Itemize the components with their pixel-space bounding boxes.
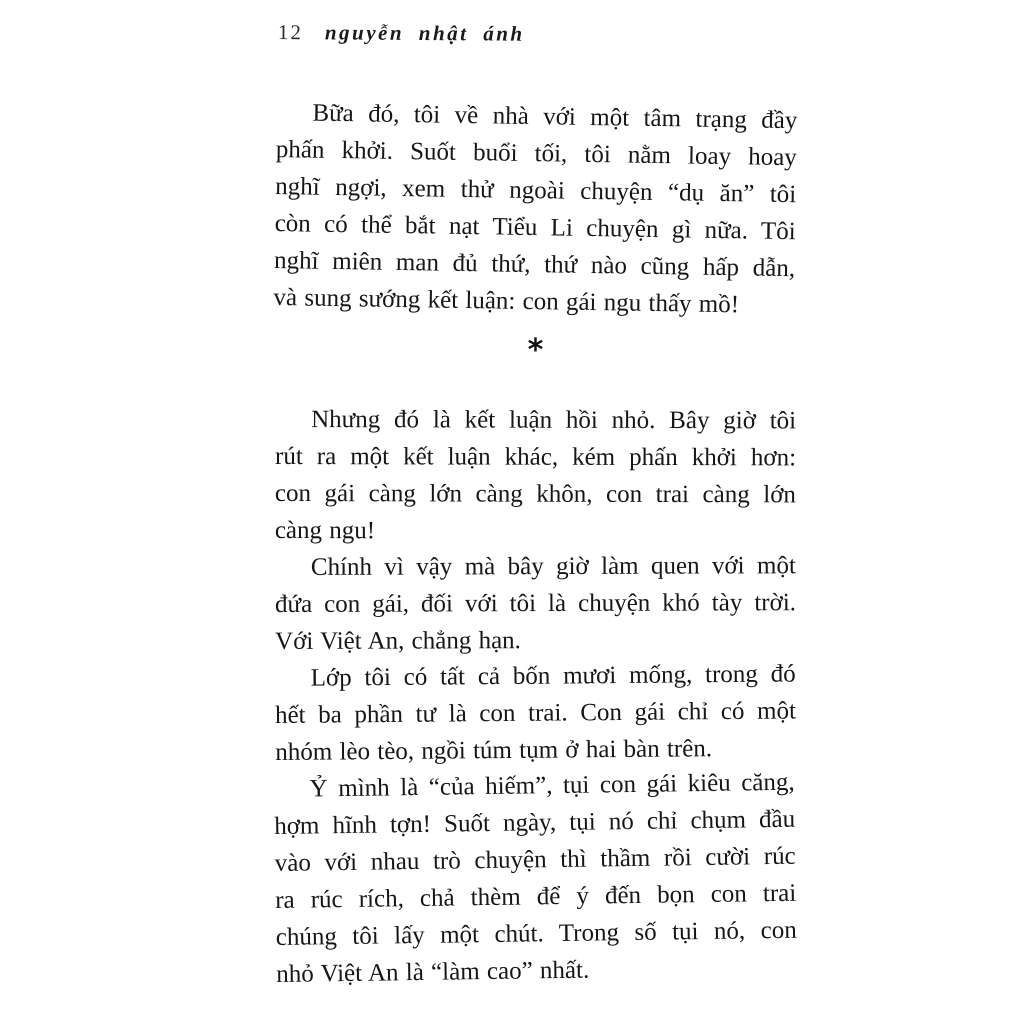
- paragraph: Nhưng đó là kết luận hồi nhỏ. Bây giờ tô…: [275, 401, 796, 550]
- page-number: 12: [278, 20, 303, 44]
- page-header: 12nguyễn nhật ánh: [278, 20, 525, 47]
- author-name: nguyễn nhật ánh: [325, 20, 525, 45]
- text-line: rút ra một kết luận khác, kém phấn khởi …: [275, 438, 796, 476]
- paragraph: Bữa đó, tôi về nhà với một tâm trạng đầy…: [273, 94, 797, 324]
- text-line: con gái càng lớn càng khôn, con trai càn…: [275, 475, 796, 513]
- text-line: nhỏ Việt An là “làm cao” nhất.: [276, 949, 797, 993]
- text-line: càng ngu!: [275, 512, 796, 550]
- text-line: Lớp tôi có tất cả bốn mươi mống, trong đ…: [275, 655, 796, 697]
- text-line: hết ba phần tư là con trai. Con gái chỉ …: [275, 692, 796, 734]
- page-body: Bữa đó, tôi về nhà với một tâm trạng đầy…: [275, 94, 796, 993]
- asterisk-glyph: *: [528, 332, 544, 369]
- text-line: Chính vì vậy mà bây giờ làm quen với một: [275, 547, 796, 586]
- text-line: Với Việt An, chẳng hạn.: [275, 621, 796, 660]
- paragraph: Chính vì vậy mà bây giờ làm quen với một…: [275, 547, 796, 660]
- text-line: chúng tôi lấy một chút. Trong số tụi nó,…: [276, 912, 797, 956]
- text-line: Nhưng đó là kết luận hồi nhỏ. Bây giờ tô…: [275, 401, 796, 439]
- text-line: và sung sướng kết luận: con gái ngu thấy…: [273, 279, 795, 324]
- text-line: đứa con gái, đối với tôi là chuyện khó t…: [275, 584, 796, 623]
- paragraph: Ỷ mình là “của hiếm”, tụi con gái kiêu c…: [273, 764, 797, 993]
- book-page: 12nguyễn nhật ánh Bữa đó, tôi về nhà với…: [0, 0, 1024, 1024]
- paragraph: Lớp tôi có tất cả bốn mươi mống, trong đ…: [275, 655, 797, 771]
- section-separator: *: [275, 330, 796, 367]
